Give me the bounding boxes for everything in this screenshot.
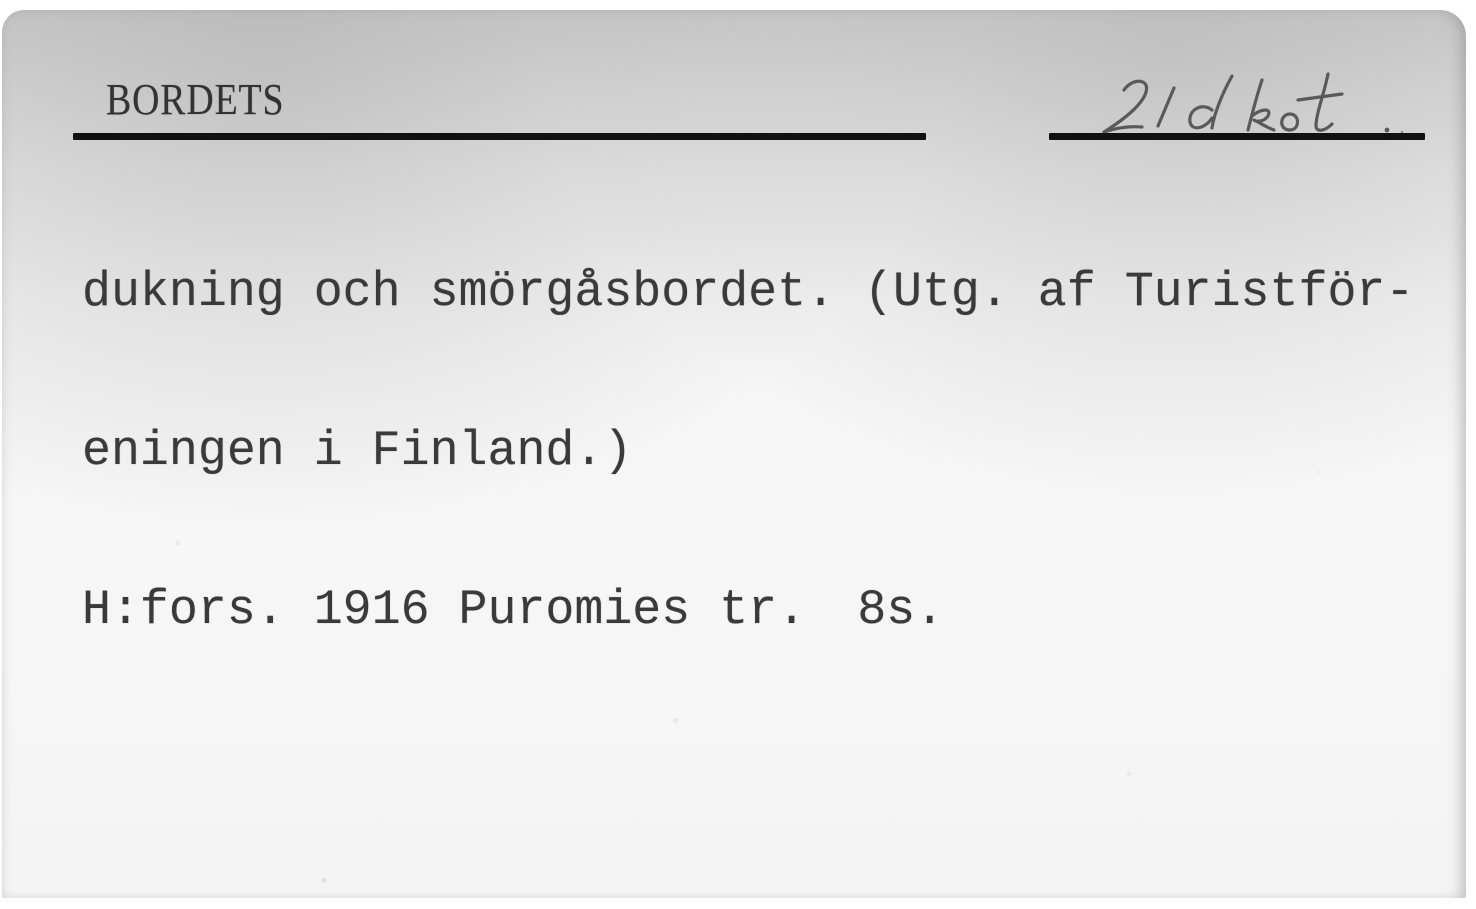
- imprint-text: H:fors. 1916 Puromies tr.: [82, 582, 806, 638]
- heading-rule-left: [73, 133, 926, 140]
- handwritten-shelfmark-drawing: 21 d kot.: [1102, 52, 1422, 142]
- pagination: 8s.: [857, 582, 944, 638]
- handwritten-shelfmark: 21 d kot.: [1102, 52, 1422, 142]
- card-heading: BORDETS: [106, 74, 284, 125]
- entry-line-imprint: H:fors. 1916 Puromies tr.8s.: [82, 584, 1414, 637]
- entry-line-title: dukning och smörgåsbordet. (Utg. af Turi…: [82, 266, 1414, 319]
- catalog-card: BORDETS 21 d kot.: [2, 10, 1466, 898]
- entry-line-publisher: eningen i Finland.): [82, 425, 1414, 478]
- card-entry-text: dukning och smörgåsbordet. (Utg. af Turi…: [82, 160, 1414, 743]
- heading-rule-right: [1049, 133, 1425, 140]
